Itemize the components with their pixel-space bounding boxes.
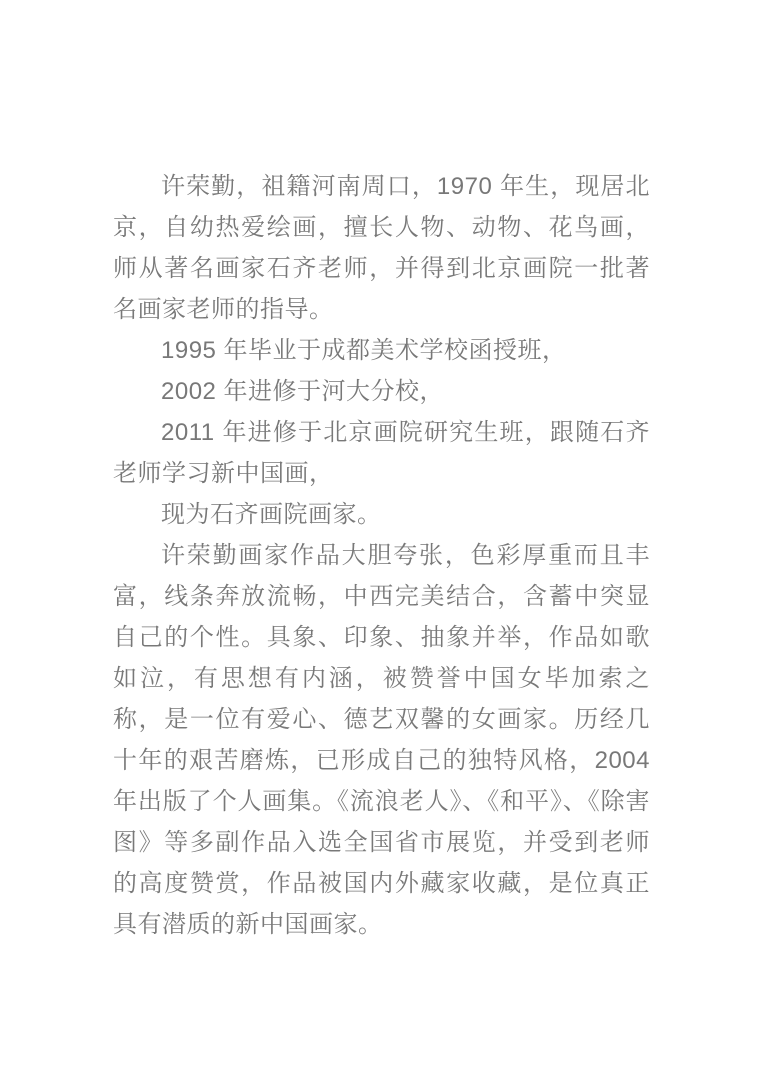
paragraph-intro: 许荣勤，祖籍河南周口，1970 年生，现居北京，自幼热爱绘画，擅长人物、动物、花… <box>113 166 650 330</box>
document-page: 许荣勤，祖籍河南周口，1970 年生，现居北京，自幼热爱绘画，擅长人物、动物、花… <box>0 0 763 1080</box>
document-text-block: 许荣勤，祖籍河南周口，1970 年生，现居北京，自幼热爱绘画，擅长人物、动物、花… <box>113 166 650 945</box>
paragraph-education-2002: 2002 年进修于河大分校， <box>113 371 650 412</box>
paragraph-education-1995: 1995 年毕业于成都美术学校函授班， <box>113 330 650 371</box>
paragraph-education-2011: 2011 年进修于北京画院研究生班，跟随石齐老师学习新中国画， <box>113 412 650 494</box>
paragraph-artistic-style: 许荣勤画家作品大胆夸张，色彩厚重而且丰富，线条奔放流畅，中西完美结合，含蓄中突显… <box>113 535 650 945</box>
paragraph-current-position: 现为石齐画院画家。 <box>113 494 650 535</box>
